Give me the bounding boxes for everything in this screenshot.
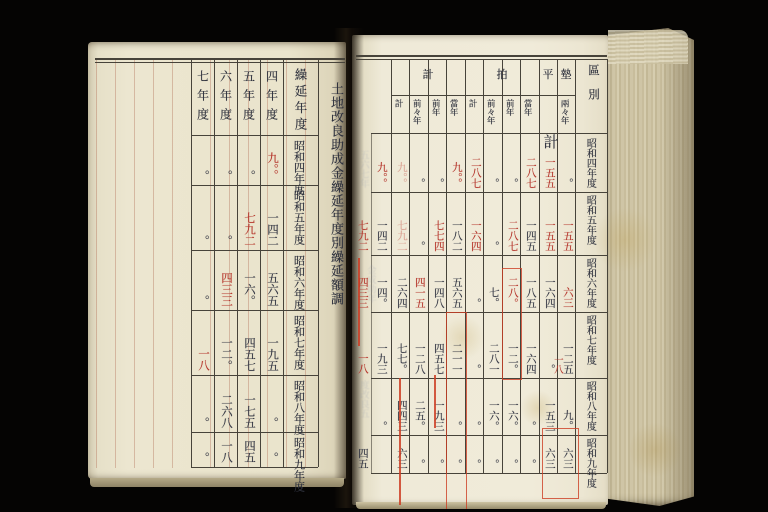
group-header: 平 [539,66,557,82]
row-line [191,375,318,376]
sub-header: 兩々年 [561,99,569,125]
col-header: 四年度 [265,70,277,127]
cell-value: 。 [375,421,386,432]
cell-value: 九。。 [450,162,461,188]
cell-value: 二六四 [395,277,406,309]
book-photo: 土地改良助成金繰延年度別繰延額調繰延年度四年度五年度六年度七年度昭和四年度昭和五… [0,0,768,512]
column-line [260,58,261,467]
cell-value: 七七。 [395,343,406,375]
cell-value: 。 [413,241,424,252]
column-line [483,59,484,473]
cell-value: 四三三 [219,272,231,307]
group-header: 計 [391,66,465,82]
top-rule [356,55,607,57]
cell-value: 一九三 [375,343,386,375]
column-line [237,58,238,467]
column-line [557,59,558,473]
cell-value: 四五七 [432,343,443,375]
col-header: 六年度 [219,70,231,127]
red-highlight-line [434,375,436,428]
cell-value: 一二五 [561,343,572,375]
cell-value: 七九二 [356,220,367,252]
cell-value: 一四二 [375,220,386,252]
cell-value: 。 [432,178,443,189]
cell-value: 。 [469,298,480,309]
top-rule [95,58,345,60]
cell-value: 二八七 [506,220,517,252]
row-label: 昭和四年度 [584,138,594,188]
red-highlight-box [542,428,579,499]
sub-header: 前々年 [413,99,421,125]
row-label: 昭和八年度 [584,381,594,431]
group-header: 墊 [557,66,575,82]
cell-value: 。 [487,459,498,470]
cell-value: 一七五 [242,394,254,429]
cell-value: 一六。 [242,272,254,307]
sub-header: 當年 [450,99,458,116]
col-header: 七年度 [196,70,208,127]
column-line [283,58,284,467]
cell-value: 五六五 [450,277,461,309]
sub-header: 當年 [524,99,532,116]
column-line [607,59,608,473]
row-line [371,255,607,256]
row-label: 昭和九年度 [584,438,594,488]
cell-value: 。 [432,459,443,470]
sub-header: 前年 [506,99,514,116]
cell-value: 。 [487,241,498,252]
col-header: 五年度 [242,70,254,127]
red-highlight-box [446,312,467,509]
column-line [391,59,392,473]
row-label: 昭和四年度 [292,140,303,195]
cell-value: 九。。 [375,162,386,188]
cell-value: 。 [524,459,535,470]
cell-value: 一六。 [487,400,498,432]
row-line [191,310,318,311]
cell-value: 一四二 [265,212,277,247]
row-line [371,192,607,193]
column-line [539,59,540,473]
cell-value: 。 [469,421,480,432]
cell-value: 一八二 [450,220,461,252]
page-title: 土地改良助成金繰延年度別繰延額調 [321,82,343,306]
cell-value: 四一五 [413,277,424,309]
cell-value: 。 [196,417,208,429]
cell-value: 一六四 [469,220,480,252]
cell-value: 一四八 [432,277,443,309]
sub-header: 前年 [432,99,440,116]
cell-value: 二八一 [487,343,498,375]
cell-value: 七七四 [432,220,443,252]
corner-header: 區別 [586,64,598,113]
cell-value: 一四。 [375,277,386,309]
cell-value: 四五 [242,440,254,463]
header-bottom-line [371,133,607,134]
cell-value: 五六五 [265,272,277,307]
column-line [371,133,372,473]
row-line [191,250,318,251]
row-label: 昭和六年度 [584,258,594,308]
row-label: 昭和七年度 [584,315,594,365]
cell-value: 一六四 [543,277,554,309]
top-rule [356,59,607,60]
cell-value: 。 [561,178,572,189]
cell-value: 一九五 [265,337,277,372]
sub-header: 計 [541,134,557,149]
cell-value: 二八七 [469,157,480,189]
sub-header: 前々年 [487,99,495,125]
cell-value: 一五五 [543,157,554,189]
row-line [371,378,607,379]
red-highlight-line [358,258,360,346]
cell-value: 。 [196,452,208,464]
cell-value: 。 [543,364,554,375]
cell-value: 九。。 [395,162,406,188]
row-label: 昭和七年度 [292,315,303,370]
bleed-through-mark: 五六七年 [357,150,367,188]
cell-value: 。 [469,459,480,470]
row-label: 昭和九年度 [292,437,303,492]
column-line [409,59,410,473]
cell-value: 。 [487,178,498,189]
cell-value: 。 [524,421,535,432]
cell-value: 。 [196,235,208,247]
sub-header: 計 [469,99,477,108]
header-bottom-line [191,135,318,136]
row-line [371,312,607,313]
bleed-through-mark: 金成助年 [364,265,374,303]
red-highlight-line [399,378,401,505]
cell-value: 。 [413,459,424,470]
cell-value: 。 [219,170,231,182]
row-label: 昭和五年度 [292,190,303,245]
cell-value: 一八 [356,353,367,374]
column-line [520,59,521,473]
cell-value: 。 [506,459,517,470]
column-line [575,59,576,473]
cell-value: 一二。 [219,337,231,372]
group-header-line [391,95,575,96]
column-line [318,58,319,467]
row-label: 昭和五年度 [584,195,594,245]
cell-value: 九。。 [265,152,277,181]
column-line [502,59,503,473]
ink-layer: 土地改良助成金繰延年度別繰延額調繰延年度四年度五年度六年度七年度昭和四年度昭和五… [0,0,768,512]
column-line [191,58,192,467]
cell-value: 。 [242,170,254,182]
column-line [214,58,215,467]
cell-value: 六三 [561,287,572,308]
cell-value: 一四五 [524,220,535,252]
cell-value: 一六。 [506,400,517,432]
cell-value: 一二八 [413,343,424,375]
cell-value: 。 [265,417,277,429]
top-rule [95,62,345,63]
cell-value: 一五三 [543,400,554,432]
cell-value: 一五五 [561,220,572,252]
column-line [428,59,429,473]
row-label: 昭和六年度 [292,255,303,310]
cell-value: 一八 [196,348,208,371]
cell-value: 。 [219,235,231,247]
cell-value: 四五 [356,448,367,469]
sub-header: 計 [395,99,403,108]
cell-value: 二八七 [524,157,535,189]
bleed-through-mark: 度改良五 [357,380,367,418]
cell-value: 一八 [219,440,231,463]
cell-value: 。 [196,295,208,307]
cell-value: 四五七 [242,337,254,372]
cell-value: 七九二 [242,212,254,247]
cell-value: 一八五 [524,277,535,309]
group-header: 拍 [465,66,539,82]
cell-value: 。 [413,178,424,189]
cell-value: 一五五 [543,220,554,252]
red-highlight-box [502,268,522,380]
cell-value: 一六四 [524,343,535,375]
cell-value: 。 [469,364,480,375]
cell-value: 二五。 [413,400,424,432]
cell-value: 七九二 [395,220,406,252]
cell-value: 二六八 [219,394,231,429]
cell-value: 七。 [487,287,498,308]
cell-value: 。 [265,452,277,464]
row-label: 昭和八年度 [292,380,303,435]
cell-value: 。 [196,170,208,182]
cell-value: 。 [506,178,517,189]
corner-header: 繰延年度 [293,68,306,134]
